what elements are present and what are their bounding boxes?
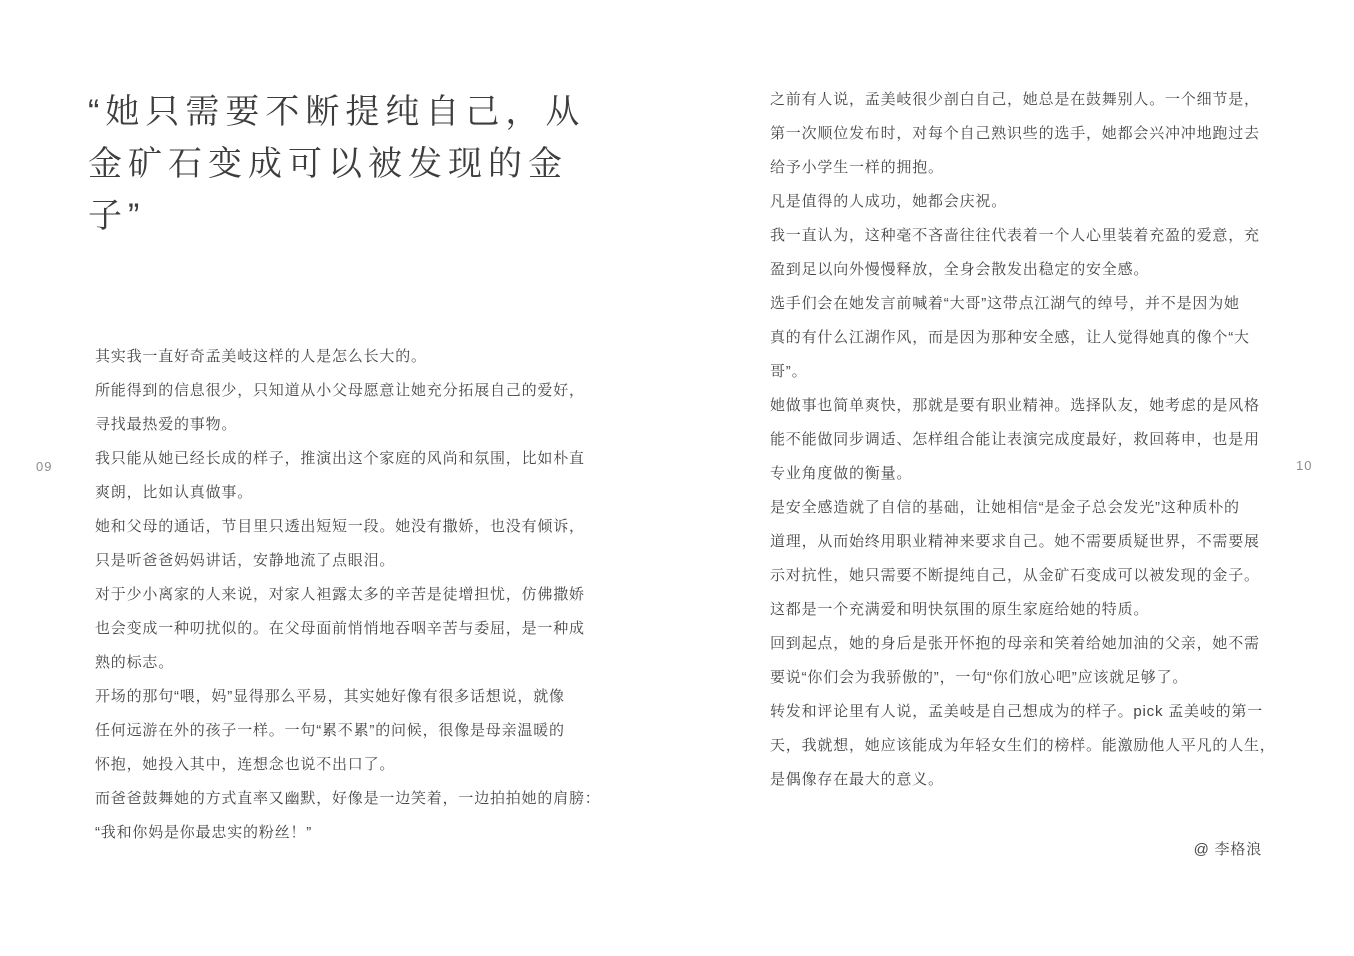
text-line: 我一直认为，这种毫不吝啬往往代表着一个人心里装着充盈的爱意，充 — [770, 219, 1262, 253]
text-line: 爽朗，比如认真做事。 — [95, 476, 595, 510]
text-line: 示对抗性，她只需要不断提纯自己，从金矿石变成可以被发现的金子。 — [770, 559, 1262, 593]
text-line: 第一次顺位发布时，对每个自己熟识些的选手，她都会兴冲冲地跑过去 — [770, 117, 1262, 151]
text-line: 哥”。 — [770, 355, 1262, 389]
text-line: 要说“你们会为我骄傲的”，一句“你们放心吧”应该就足够了。 — [770, 661, 1262, 695]
text-line: 而爸爸鼓舞她的方式直率又幽默，好像是一边笑着，一边拍拍她的肩膀： — [95, 782, 595, 816]
text-line: 是偶像存在最大的意义。 — [770, 763, 1262, 797]
text-line: 也会变成一种叨扰似的。在父母面前悄悄地吞咽辛苦与委屈，是一种成 — [95, 612, 595, 646]
text-line: 是安全感造就了自信的基础，让她相信“是金子总会发光”这种质朴的 — [770, 491, 1262, 525]
text-line: 怀抱，她投入其中，连想念也说不出口了。 — [95, 748, 595, 782]
text-line: 寻找最热爱的事物。 — [95, 408, 595, 442]
text-line: 她做事也简单爽快，那就是要有职业精神。选择队友，她考虑的是风格 — [770, 389, 1262, 423]
text-line: 转发和评论里有人说，孟美岐是自己想成为的样子。pick 孟美岐的第一 — [770, 695, 1262, 729]
author-signature: @ 李格浪 — [770, 833, 1262, 867]
text-line: 之前有人说，孟美岐很少剖白自己，她总是在鼓舞别人。一个细节是， — [770, 83, 1262, 117]
text-line: 对于少小离家的人来说，对家人袒露太多的辛苦是徒增担忧，仿佛撒娇 — [95, 578, 595, 612]
book-spread: 09 “她只需要不断提纯自己，从金矿石变成可以被发现的金子” 其实我一直好奇孟美… — [0, 0, 1354, 956]
text-line: 子” — [88, 190, 628, 242]
text-line: 其实我一直好奇孟美岐这样的人是怎么长大的。 — [95, 340, 595, 374]
page-number-right: 10 — [1296, 458, 1312, 473]
text-line: 我只能从她已经长成的样子，推演出这个家庭的风尚和氛围，比如朴直 — [95, 442, 595, 476]
text-line: 任何远游在外的孩子一样。一句“累不累”的问候，很像是母亲温暖的 — [95, 714, 595, 748]
right-body-lines: 之前有人说，孟美岐很少剖白自己，她总是在鼓舞别人。一个细节是，第一次顺位发布时，… — [770, 83, 1262, 797]
text-line: 选手们会在她发言前喊着“大哥”这带点江湖气的绰号，并不是因为她 — [770, 287, 1262, 321]
text-line: 道理，从而始终用职业精神来要求自己。她不需要质疑世界，不需要展 — [770, 525, 1262, 559]
page-number-left: 09 — [36, 459, 52, 474]
pull-quote: “她只需要不断提纯自己，从金矿石变成可以被发现的金子” — [88, 86, 628, 242]
text-line: 这都是一个充满爱和明快氛围的原生家庭给她的特质。 — [770, 593, 1262, 627]
text-line: 给予小学生一样的拥抱。 — [770, 151, 1262, 185]
text-line: 所能得到的信息很少，只知道从小父母愿意让她充分拓展自己的爱好， — [95, 374, 595, 408]
text-line: 熟的标志。 — [95, 646, 595, 680]
text-line: 天，我就想，她应该能成为年轻女生们的榜样。能激励他人平凡的人生， — [770, 729, 1262, 763]
text-line: 开场的那句“喂，妈”显得那么平易，其实她好像有很多话想说，就像 — [95, 680, 595, 714]
text-line: 只是听爸爸妈妈讲话，安静地流了点眼泪。 — [95, 544, 595, 578]
text-line: “她只需要不断提纯自己，从 — [88, 86, 628, 138]
text-line: 她和父母的通话，节目里只透出短短一段。她没有撒娇，也没有倾诉， — [95, 510, 595, 544]
text-line: 盈到足以向外慢慢释放，全身会散发出稳定的安全感。 — [770, 253, 1262, 287]
text-line: 凡是值得的人成功，她都会庆祝。 — [770, 185, 1262, 219]
text-line: 专业角度做的衡量。 — [770, 457, 1262, 491]
text-line: 能不能做同步调适、怎样组合能让表演完成度最好，救回蒋申，也是用 — [770, 423, 1262, 457]
right-body-text: 之前有人说，孟美岐很少剖白自己，她总是在鼓舞别人。一个细节是，第一次顺位发布时，… — [770, 83, 1262, 867]
text-line: 回到起点，她的身后是张开怀抱的母亲和笑着给她加油的父亲，她不需 — [770, 627, 1262, 661]
text-line: “我和你妈是你最忠实的粉丝！” — [95, 816, 595, 850]
text-line: 金矿石变成可以被发现的金 — [88, 138, 628, 190]
left-body-text: 其实我一直好奇孟美岐这样的人是怎么长大的。所能得到的信息很少，只知道从小父母愿意… — [95, 340, 595, 850]
text-line: 真的有什么江湖作风，而是因为那种安全感，让人觉得她真的像个“大 — [770, 321, 1262, 355]
